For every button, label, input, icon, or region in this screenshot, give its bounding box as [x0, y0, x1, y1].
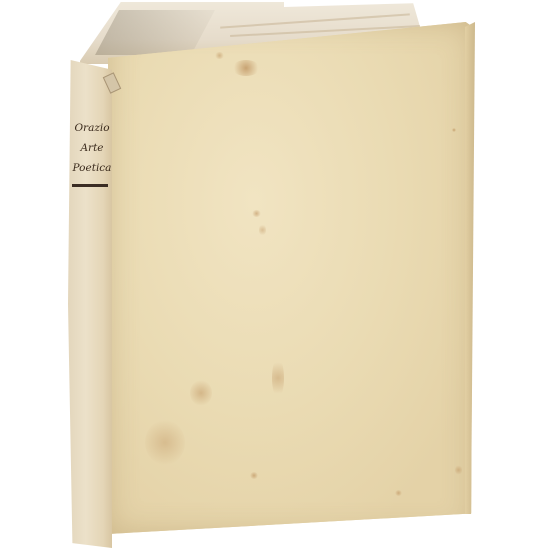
- stain: [455, 465, 462, 475]
- spine-title: Orazio Arte Poetica: [72, 118, 112, 178]
- stain: [232, 60, 260, 76]
- book-photo: Orazio Arte Poetica: [0, 0, 550, 550]
- stain: [452, 128, 456, 132]
- stain: [190, 380, 212, 406]
- stain: [272, 358, 284, 398]
- spine-title-line: Poetica: [72, 158, 112, 178]
- stain: [252, 210, 261, 217]
- stain: [215, 52, 224, 59]
- stain: [259, 224, 266, 236]
- spine-title-line: Orazio: [72, 118, 112, 138]
- spine-ink-rule: [72, 184, 108, 187]
- cover-fore-edge: [465, 22, 475, 514]
- stain: [395, 490, 402, 496]
- stain: [250, 472, 258, 479]
- stain: [145, 420, 185, 465]
- spine-title-line: Arte: [72, 138, 112, 158]
